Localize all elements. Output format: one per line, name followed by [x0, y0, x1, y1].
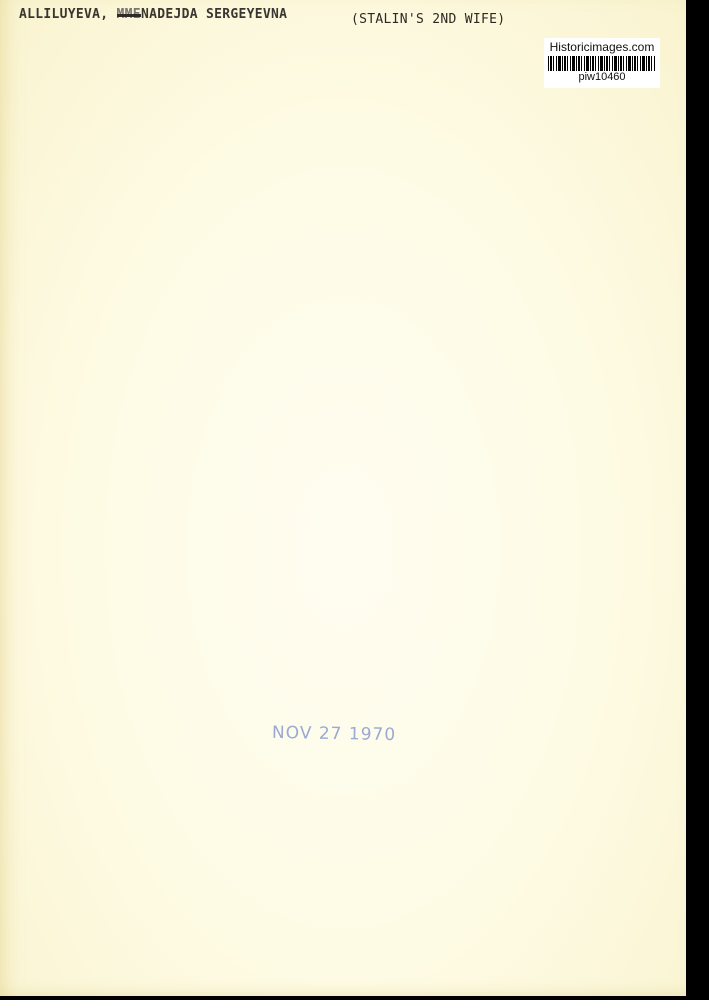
label-site: Historicimages.com	[544, 40, 660, 54]
label-code: piw10460	[544, 71, 660, 84]
struck-out-text: MME	[117, 7, 141, 22]
caption-note: (STALIN'S 2ND WIFE)	[351, 12, 505, 27]
caption-surname: ALLILUYEVA,	[19, 7, 108, 22]
date-stamp: NOV 27 1970	[272, 723, 396, 745]
barcode-icon	[548, 56, 656, 71]
caption-name: ALLILUYEVA, MMENADEJDA SERGEYEVNA	[19, 7, 287, 22]
barcode-label: Historicimages.com piw10460	[544, 38, 660, 88]
caption-given-names: NADEJDA SERGEYEVNA	[141, 7, 287, 22]
photo-back-paper: ALLILUYEVA, MMENADEJDA SERGEYEVNA (STALI…	[0, 0, 686, 996]
